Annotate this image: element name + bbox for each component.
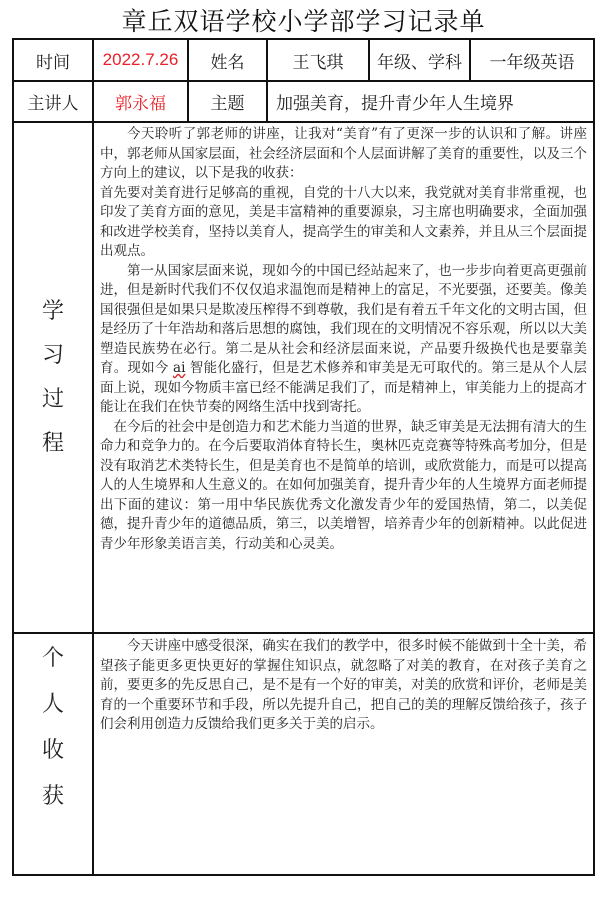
grade-value: 一年级英语 xyxy=(471,40,593,80)
label-char: 收 xyxy=(42,728,64,774)
label-char: 习 xyxy=(42,334,64,378)
paragraph: 第一从国家层面来说，现如今的中国已经站起来了，也一步步向着更高更强前进，但是新时… xyxy=(100,262,587,418)
paragraph: 今天讲座中感受很深，确实在我们的教学中，很多时候不能做到十全十美，希望孩子能更多… xyxy=(100,637,587,735)
learning-process-text: 今天聆听了郭老师的讲座，让我对“美育”有了更深一步的认识和了解。讲座中，郭老师从… xyxy=(94,125,593,630)
paragraph: 在今后的社会中是创造力和艺术能力当道的世界，缺乏审美是无法拥有清大的生命力和竞争… xyxy=(100,418,587,555)
grade-label: 年级、学科 xyxy=(370,40,469,80)
personal-gain-text: 今天讲座中感受很深，确实在我们的教学中，很多时候不能做到十全十美，希望孩子能更多… xyxy=(94,637,593,872)
time-label: 时间 xyxy=(14,40,92,80)
row-divider xyxy=(14,632,593,634)
speaker-label: 主讲人 xyxy=(14,82,92,121)
speaker-value: 郭永福 xyxy=(94,82,187,121)
personal-gain-label: 个 人 收 获 xyxy=(14,634,92,874)
record-table: 时间 2022.7.26 姓名 王飞琪 年级、学科 一年级英语 主讲人 郭永福 … xyxy=(12,38,595,876)
name-label: 姓名 xyxy=(189,40,266,80)
row-divider xyxy=(14,121,593,123)
label-char: 个 xyxy=(42,636,64,682)
label-char: 人 xyxy=(42,682,64,728)
spellcheck-word: ai xyxy=(173,360,185,376)
label-char: 程 xyxy=(42,422,64,466)
label-char: 学 xyxy=(42,290,64,334)
topic-label: 主题 xyxy=(189,82,266,121)
label-char: 获 xyxy=(42,774,64,820)
learning-process-label: 学 习 过 程 xyxy=(14,123,92,632)
topic-value: 加强美育，提升青少年人生境界 xyxy=(268,82,593,121)
time-value: 2022.7.26 xyxy=(94,40,187,80)
page-title: 章丘双语学校小学部学习记录单 xyxy=(0,2,607,38)
name-value: 王飞琪 xyxy=(268,40,368,80)
label-char: 过 xyxy=(42,378,64,422)
paragraph-part: 第一从国家层面来说，现如今的中国已经站起来了，也一步步向着更高更强前进，但是新时… xyxy=(100,263,587,377)
paragraph: 今天聆听了郭老师的讲座，让我对“美育”有了更深一步的认识和了解。讲座中，郭老师从… xyxy=(100,125,587,184)
paragraph: 首先要对美育进行足够高的重视，自党的十八大以来，我党就对美育非常重视，也印发了美… xyxy=(100,184,587,262)
